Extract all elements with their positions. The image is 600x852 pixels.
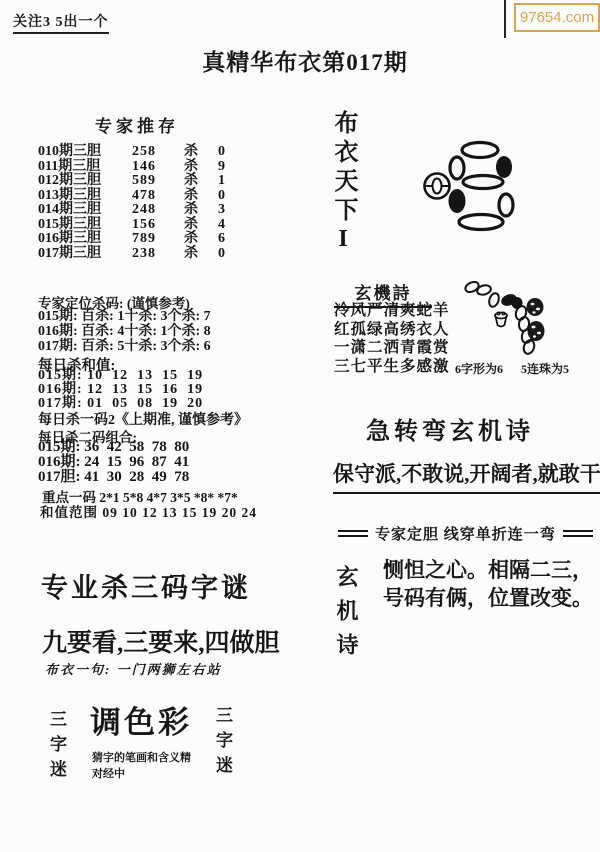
row-kill-value: 0 <box>218 247 225 262</box>
buyi-sentence: 布衣一句: 一门两狮左右站 <box>45 659 222 678</box>
row-kill-label: 杀 <box>184 247 218 262</box>
double-dash-left <box>338 530 368 537</box>
list-item: 015期: 10 12 13 15 19 <box>38 369 203 383</box>
sharp-turn-title: 急转弯玄机诗 <box>366 411 534 446</box>
expert-dingdan-text: 专家定胆 线穿单折连一弯 <box>375 523 556 544</box>
row-kill-value: 0 <box>218 145 225 160</box>
list-item: 015期: 36 42 58 78 80 <box>38 440 189 455</box>
sharp-turn-line: 保守派,不敢说,开阔者,就敢干。 <box>333 458 600 494</box>
table-row: 016期三胆 789 杀 6 <box>38 232 225 247</box>
row-kill-label: 杀 <box>184 189 218 204</box>
table-row: 013期三胆 478 杀 0 <box>38 189 225 204</box>
list-item: 016期: 12 13 15 16 19 <box>38 383 203 397</box>
segment-figure-illustration <box>418 130 523 235</box>
row-kill-label: 杀 <box>184 174 218 189</box>
table-row: 011期三胆 146 杀 9 <box>38 160 225 175</box>
row-period: 010期三胆 <box>38 145 132 160</box>
row-period: 016期三胆 <box>38 232 132 247</box>
daily-kill-two-rows: 015期: 36 42 58 78 80 016期: 24 15 96 87 4… <box>38 440 189 486</box>
bead-chain-caption: 6字形为6 5连珠为5 <box>455 360 569 377</box>
table-row: 012期三胆 589 杀 1 <box>38 174 225 189</box>
row-period: 012期三胆 <box>38 174 132 189</box>
row-kill-value: 0 <box>218 189 225 204</box>
three-char-riddle-right-label: 三字迷 <box>210 706 235 781</box>
three-char-riddle-left-label: 三字迷 <box>44 710 69 785</box>
poem-line: 号码有俩，位置改变。 <box>383 584 593 612</box>
xuanji-bottom-label: 玄机诗 <box>331 565 362 667</box>
hint-line: 对经中 <box>92 766 191 782</box>
three-char-riddle-hint: 猜字的笔画和含义精 对经中 <box>92 750 191 782</box>
poem-line: 红孤绿高绣衣人 <box>334 321 450 340</box>
site-watermark: 97654.com <box>514 3 600 32</box>
row-kill-value: 3 <box>218 203 225 218</box>
caption-left: 6字形为6 <box>455 360 503 377</box>
row-digits: 156 <box>132 218 184 233</box>
caption-right: 5连珠为5 <box>521 360 569 377</box>
row-kill-label: 杀 <box>184 160 218 175</box>
list-item: 015期: 百杀: 1十杀: 3个杀: 7 <box>38 309 211 324</box>
row-digits: 478 <box>132 189 184 204</box>
bead-chain-illustration <box>460 277 550 361</box>
daily-kill-sum-rows: 015期: 10 12 13 15 19 016期: 12 13 15 16 1… <box>38 369 203 410</box>
table-row: 014期三胆 248 杀 3 <box>38 203 225 218</box>
row-kill-value: 1 <box>218 174 225 189</box>
row-digits: 258 <box>132 145 184 160</box>
row-kill-value: 4 <box>218 218 225 233</box>
row-period: 013期三胆 <box>38 189 132 204</box>
page-title: 真精华布衣第017期 <box>0 44 600 77</box>
position-kill-rows: 015期: 百杀: 1十杀: 3个杀: 7 016期: 百杀: 4十杀: 1个杀… <box>38 309 211 354</box>
kill-three-riddle-line: 九要看,三要来,四做胆 <box>42 623 280 659</box>
poem-line: 一潇二洒青霞赏 <box>334 339 450 358</box>
table-row: 017期三胆 238 杀 0 <box>38 247 225 262</box>
xuanji-poem: 冷风严清爽蛇羊 红孤绿高绣衣人 一潇二洒青霞赏 三七平生多感激 <box>334 302 450 376</box>
table-row: 010期三胆 258 杀 0 <box>38 145 225 160</box>
row-kill-label: 杀 <box>184 232 218 247</box>
row-kill-label: 杀 <box>184 218 218 233</box>
poem-line: 恻怛之心。相隔二三， <box>383 556 593 584</box>
hint-line: 猜字的笔画和含义精 <box>92 750 191 766</box>
row-digits: 789 <box>132 232 184 247</box>
kill-three-riddle-title: 专业杀三码字谜 <box>40 566 252 605</box>
row-kill-value: 9 <box>218 160 225 175</box>
sum-range-line: 和值范围 09 10 12 13 15 19 20 24 <box>40 501 257 521</box>
list-item: 016期: 百杀: 4十杀: 1个杀: 8 <box>38 324 211 339</box>
list-item: 017期: 百杀: 5十杀: 3个杀: 6 <box>38 339 211 354</box>
expert-dingdan-banner: 专家定胆 线穿单折连一弯 <box>338 523 593 544</box>
row-period: 011期三胆 <box>38 160 132 175</box>
row-digits: 238 <box>132 247 184 262</box>
buyi-tianxia-label: 布衣天下I <box>326 110 361 257</box>
poem-line: 三七平生多感激 <box>334 358 450 377</box>
header-divider <box>504 0 506 38</box>
table-row: 015期三胆 156 杀 4 <box>38 218 225 233</box>
double-dash-right <box>563 530 593 537</box>
xuanji-bottom-text: 恻怛之心。相隔二三， 号码有俩，位置改变。 <box>383 556 593 612</box>
row-kill-label: 杀 <box>184 203 218 218</box>
row-digits: 248 <box>132 203 184 218</box>
expert-recommend-table: 010期三胆 258 杀 0 011期三胆 146 杀 9 012期三胆 589… <box>38 145 225 261</box>
lottery-sheet-page: 关注3 5出一个 97654.com 真精华布衣第017期 专家推存 010期三… <box>0 0 600 852</box>
list-item: 017胆: 41 30 28 49 78 <box>38 470 189 485</box>
row-period: 014期三胆 <box>38 203 132 218</box>
focus-note: 关注3 5出一个 <box>13 11 109 34</box>
three-char-riddle-answer: 调色彩 <box>90 697 192 742</box>
poem-line: 冷风严清爽蛇羊 <box>334 302 450 321</box>
row-kill-label: 杀 <box>184 145 218 160</box>
row-period: 015期三胆 <box>38 218 132 233</box>
row-period: 017期三胆 <box>38 247 132 262</box>
expert-recommend-title: 专家推存 <box>95 112 179 137</box>
row-kill-value: 6 <box>218 232 225 247</box>
row-digits: 589 <box>132 174 184 189</box>
row-digits: 146 <box>132 160 184 175</box>
